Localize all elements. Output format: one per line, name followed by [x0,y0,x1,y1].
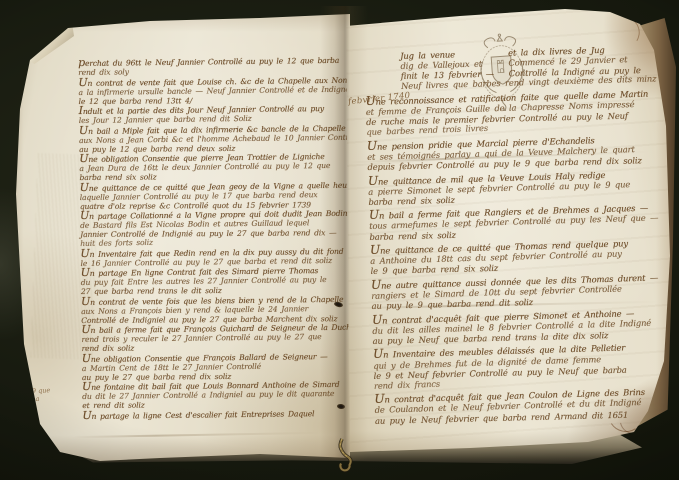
open-manuscript-photo: perchat du 96tt le Neuf Jannier Controll… [0,0,679,480]
left-page-folded-corner [28,24,74,64]
left-margin-note: le 29 que barba [20,387,51,404]
entry-paragraph: Un contrat d'acquêt fait que pierre Simo… [372,306,669,346]
manuscript-line: au puy le 27 que barba rend dix soliz [82,371,338,382]
entry-paragraph: Indult et la partie des dits Jour Neuf J… [79,103,335,125]
manuscript-line: rend dix soliz [82,342,338,353]
entry-paragraph: Une quittance de mil que la Veuve Louis … [368,167,665,207]
entry-paragraph: Une reconnoissance et ratification faite… [365,87,662,137]
entry-paragraph: Un contrat d'acquêt fait que Jean Coulon… [374,385,671,425]
entry-paragraph: Une obligation Consentie que François Ba… [82,350,338,381]
manuscript-line: 27 que barba rend trans le dit soliz [81,285,337,296]
binding-thread [322,438,362,476]
left-page-text-column: perchat du 96tt le Neuf Jannier Controll… [78,55,338,421]
entry-paragraph: Une pension pridie que Marcial pierre d'… [367,132,664,172]
entry-paragraph: perchat du 96tt le Neuf Jannier Controll… [78,55,334,77]
paper-crease [74,432,320,438]
manuscript-line: et rend dit soliz [82,399,338,410]
manuscript-left-page: perchat du 96tt le Neuf Jannier Controll… [10,14,350,462]
manuscript-line: au puy le 12 que barba rend deux soliz [79,143,335,154]
entry-paragraph: Un partage En ligne Contrat fait des Sim… [81,265,337,296]
right-page-entries: Une reconnoissance et ratification faite… [365,87,671,425]
entry-paragraph: Une fontaine dit bail fait que Louis Bon… [82,379,338,410]
margin-note-line: barba [20,395,51,404]
manuscript-line: le 12 que barba rend 13tt 4/ [78,95,334,106]
manuscript-line: quatre d'olz reprise &c Controllé quot d… [80,200,336,211]
entry-paragraph: Un bail a Miple fait que la dix infirmer… [79,122,335,153]
entry-paragraph: Un Inventaire des meubles délaissés que … [373,341,670,391]
entry-paragraph: Une autre quittance aussi donnée que les… [371,271,668,311]
manuscript-line: barba rend six soliz [79,171,335,182]
entry-paragraph: Un partage Collationné a la Vigne propre… [80,208,336,248]
entry-paragraph: Un contrat de vente fois que les biens b… [81,293,337,324]
register-header: Jug la venue et la dix livres de Jug dig… [400,43,661,91]
entry-paragraph: Un bail a ferme fait que Rangiers et de … [369,201,666,241]
entry-paragraph: Un Inventaire fait que Redin rend en la … [80,245,336,267]
entry-paragraph: Une obligation Consentie que pierre Jean… [79,151,335,182]
manuscript-right-page: febvrier 1740 Jug la venue et la dix liv… [340,6,676,458]
entry-paragraph: Un bail a ferme fait que François Guicha… [81,322,337,353]
manuscript-line: Controllé de Indigniel au puy le 27 que … [81,314,337,325]
entry-paragraph: Une quittance de ce quitté que Jean geoy… [80,179,336,210]
right-page-text-column: Jug la venue et la dix livres de Jug dig… [364,43,671,425]
entry-paragraph: Une quittance de ce quitté que Thomas re… [370,236,667,276]
entry-paragraph: Un contrat de vente fait que Louise ch. … [78,74,334,105]
